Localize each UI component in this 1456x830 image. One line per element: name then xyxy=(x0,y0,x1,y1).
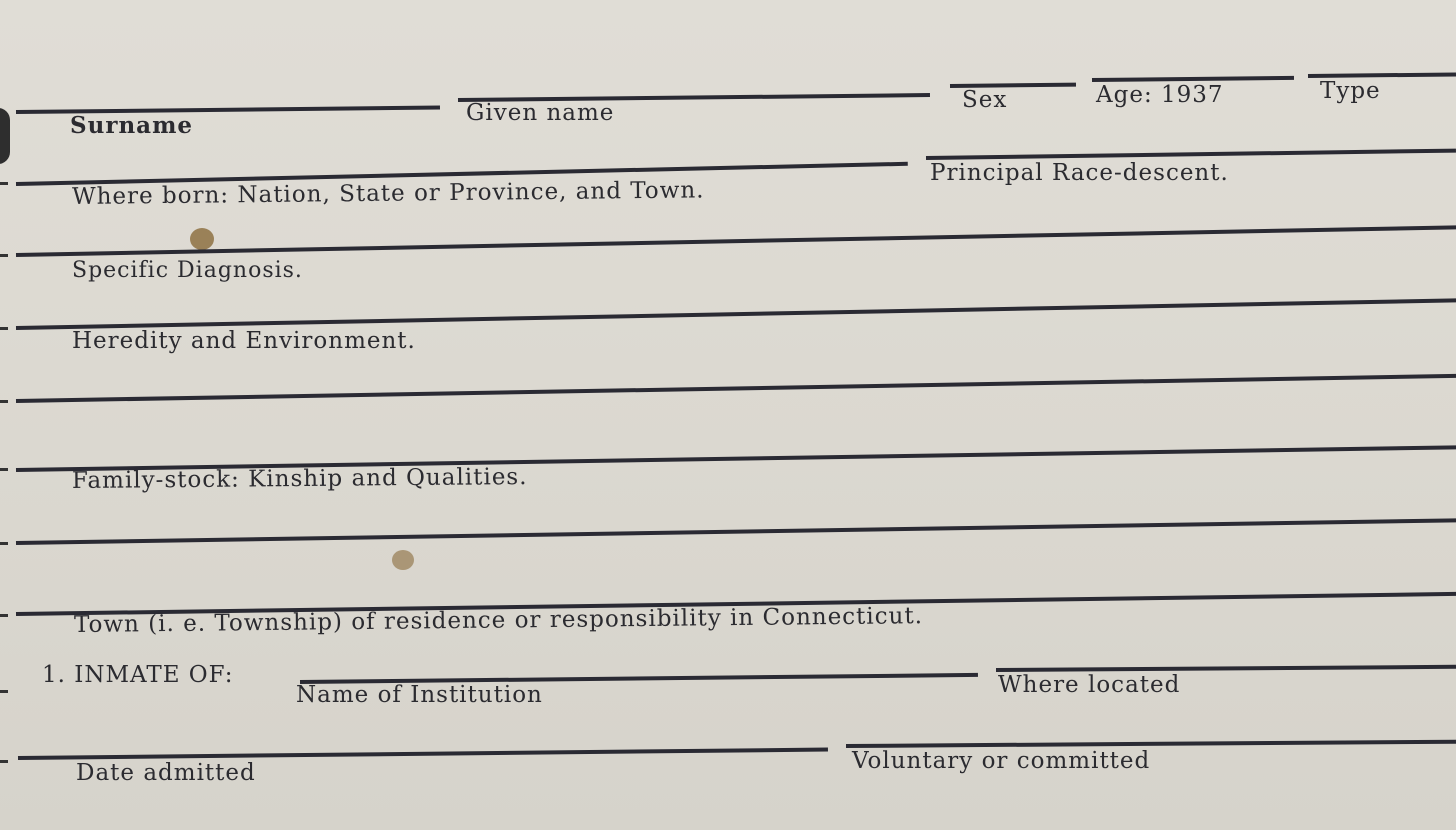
heredity-label: Heredity and Environment. xyxy=(72,328,416,354)
where-located-line[interactable] xyxy=(996,665,1456,672)
race-line[interactable] xyxy=(926,149,1456,160)
blank-line[interactable] xyxy=(16,374,1456,403)
given-name-label: Given name xyxy=(466,100,614,126)
voluntary-line[interactable] xyxy=(846,740,1456,748)
margin-tick xyxy=(0,254,8,257)
margin-tick xyxy=(0,760,8,763)
family-stock-label: Family-stock: Kinship and Qualities. xyxy=(72,464,528,494)
blank-line[interactable] xyxy=(16,518,1456,545)
margin-tick xyxy=(0,690,8,693)
heredity-line[interactable] xyxy=(16,298,1456,330)
margin-tick xyxy=(0,400,8,403)
surname-label: Surname xyxy=(70,112,193,139)
type-label: Type xyxy=(1320,78,1381,104)
inmate-prefix: 1. INMATE OF: xyxy=(42,662,234,688)
date-admitted-label: Date admitted xyxy=(76,760,256,786)
margin-tick xyxy=(0,614,8,617)
date-admitted-line[interactable] xyxy=(18,748,828,760)
punch-hole xyxy=(0,108,10,164)
margin-tick xyxy=(0,542,8,545)
margin-tick xyxy=(0,182,8,185)
margin-tick xyxy=(0,327,8,330)
diagnosis-line[interactable] xyxy=(16,225,1456,257)
stain-mark xyxy=(392,550,414,570)
race-label: Principal Race-descent. xyxy=(930,160,1229,186)
voluntary-label: Voluntary or committed xyxy=(852,748,1150,774)
town-label: Town (i. e. Township) of residence or re… xyxy=(74,603,923,638)
age-label: Age: 1937 xyxy=(1096,82,1224,108)
where-located-label: Where located xyxy=(998,672,1180,698)
stain-mark xyxy=(190,228,214,250)
margin-tick xyxy=(0,468,8,471)
record-card: Surname Given name Sex Age: 1937 Type Wh… xyxy=(0,0,1456,830)
sex-label: Sex xyxy=(962,87,1007,113)
where-born-label: Where born: Nation, State or Province, a… xyxy=(72,177,705,210)
institution-label: Name of Institution xyxy=(296,682,543,708)
diagnosis-label: Specific Diagnosis. xyxy=(72,258,303,283)
